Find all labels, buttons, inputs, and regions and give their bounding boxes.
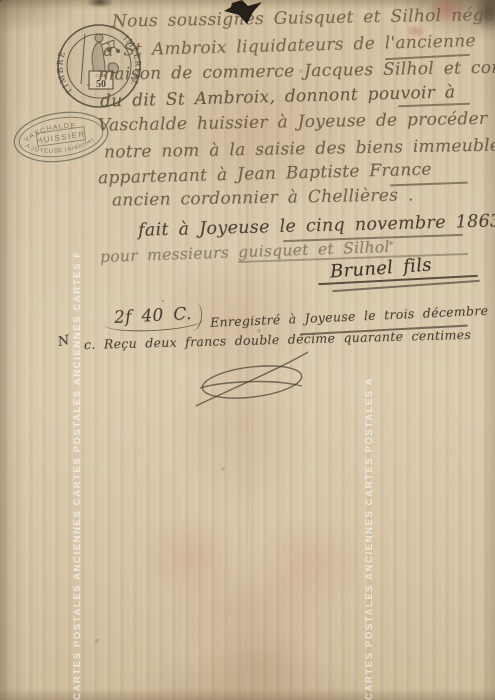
manuscript-line: appartenant à Jean Baptiste France xyxy=(98,160,432,189)
ink-blot xyxy=(222,0,266,28)
ink-dash xyxy=(390,182,468,186)
stain xyxy=(140,515,240,600)
manuscript-line-dated: fait à Joyeuse le cinq novembre 1863 xyxy=(138,211,495,241)
old-document-photo: TIMBRE IMPERIAL C.ME 50 xyxy=(0,0,495,700)
stain xyxy=(255,520,365,610)
manuscript-line: maison de commerce Jacques Silhol et com… xyxy=(98,57,495,85)
manuscript-line: Vaschalde huissier à Joyeuse de procéder… xyxy=(98,108,495,135)
paper-specks xyxy=(0,0,2,2)
dark-edge-mark xyxy=(86,0,114,8)
watermark-right: CARTES POSTALES ANCIENNES CARTES POSTALE… xyxy=(364,378,375,700)
manuscript-line: ancien cordonnier à Chellières . xyxy=(112,185,414,210)
manuscript-line: du dit St Ambroix, donnont pouvoir à xyxy=(100,82,456,111)
stain xyxy=(165,560,335,670)
manuscript-line: Nous soussignés Guisquet et Silhol négoc… xyxy=(112,4,495,31)
stain xyxy=(195,625,325,700)
manuscript-line: notre nom à la saisie des biens immeuble… xyxy=(104,135,495,162)
watermark-left: CARTES POSTALES ANCIENNES CARTES POSTALE… xyxy=(72,253,83,700)
huissier-oval-stamp: VASCHALDE HUISSIER A JOYEUSE (Ardèche) xyxy=(7,103,116,171)
registration-margin-mark: N xyxy=(57,333,72,350)
paraph-flourish xyxy=(190,348,320,412)
